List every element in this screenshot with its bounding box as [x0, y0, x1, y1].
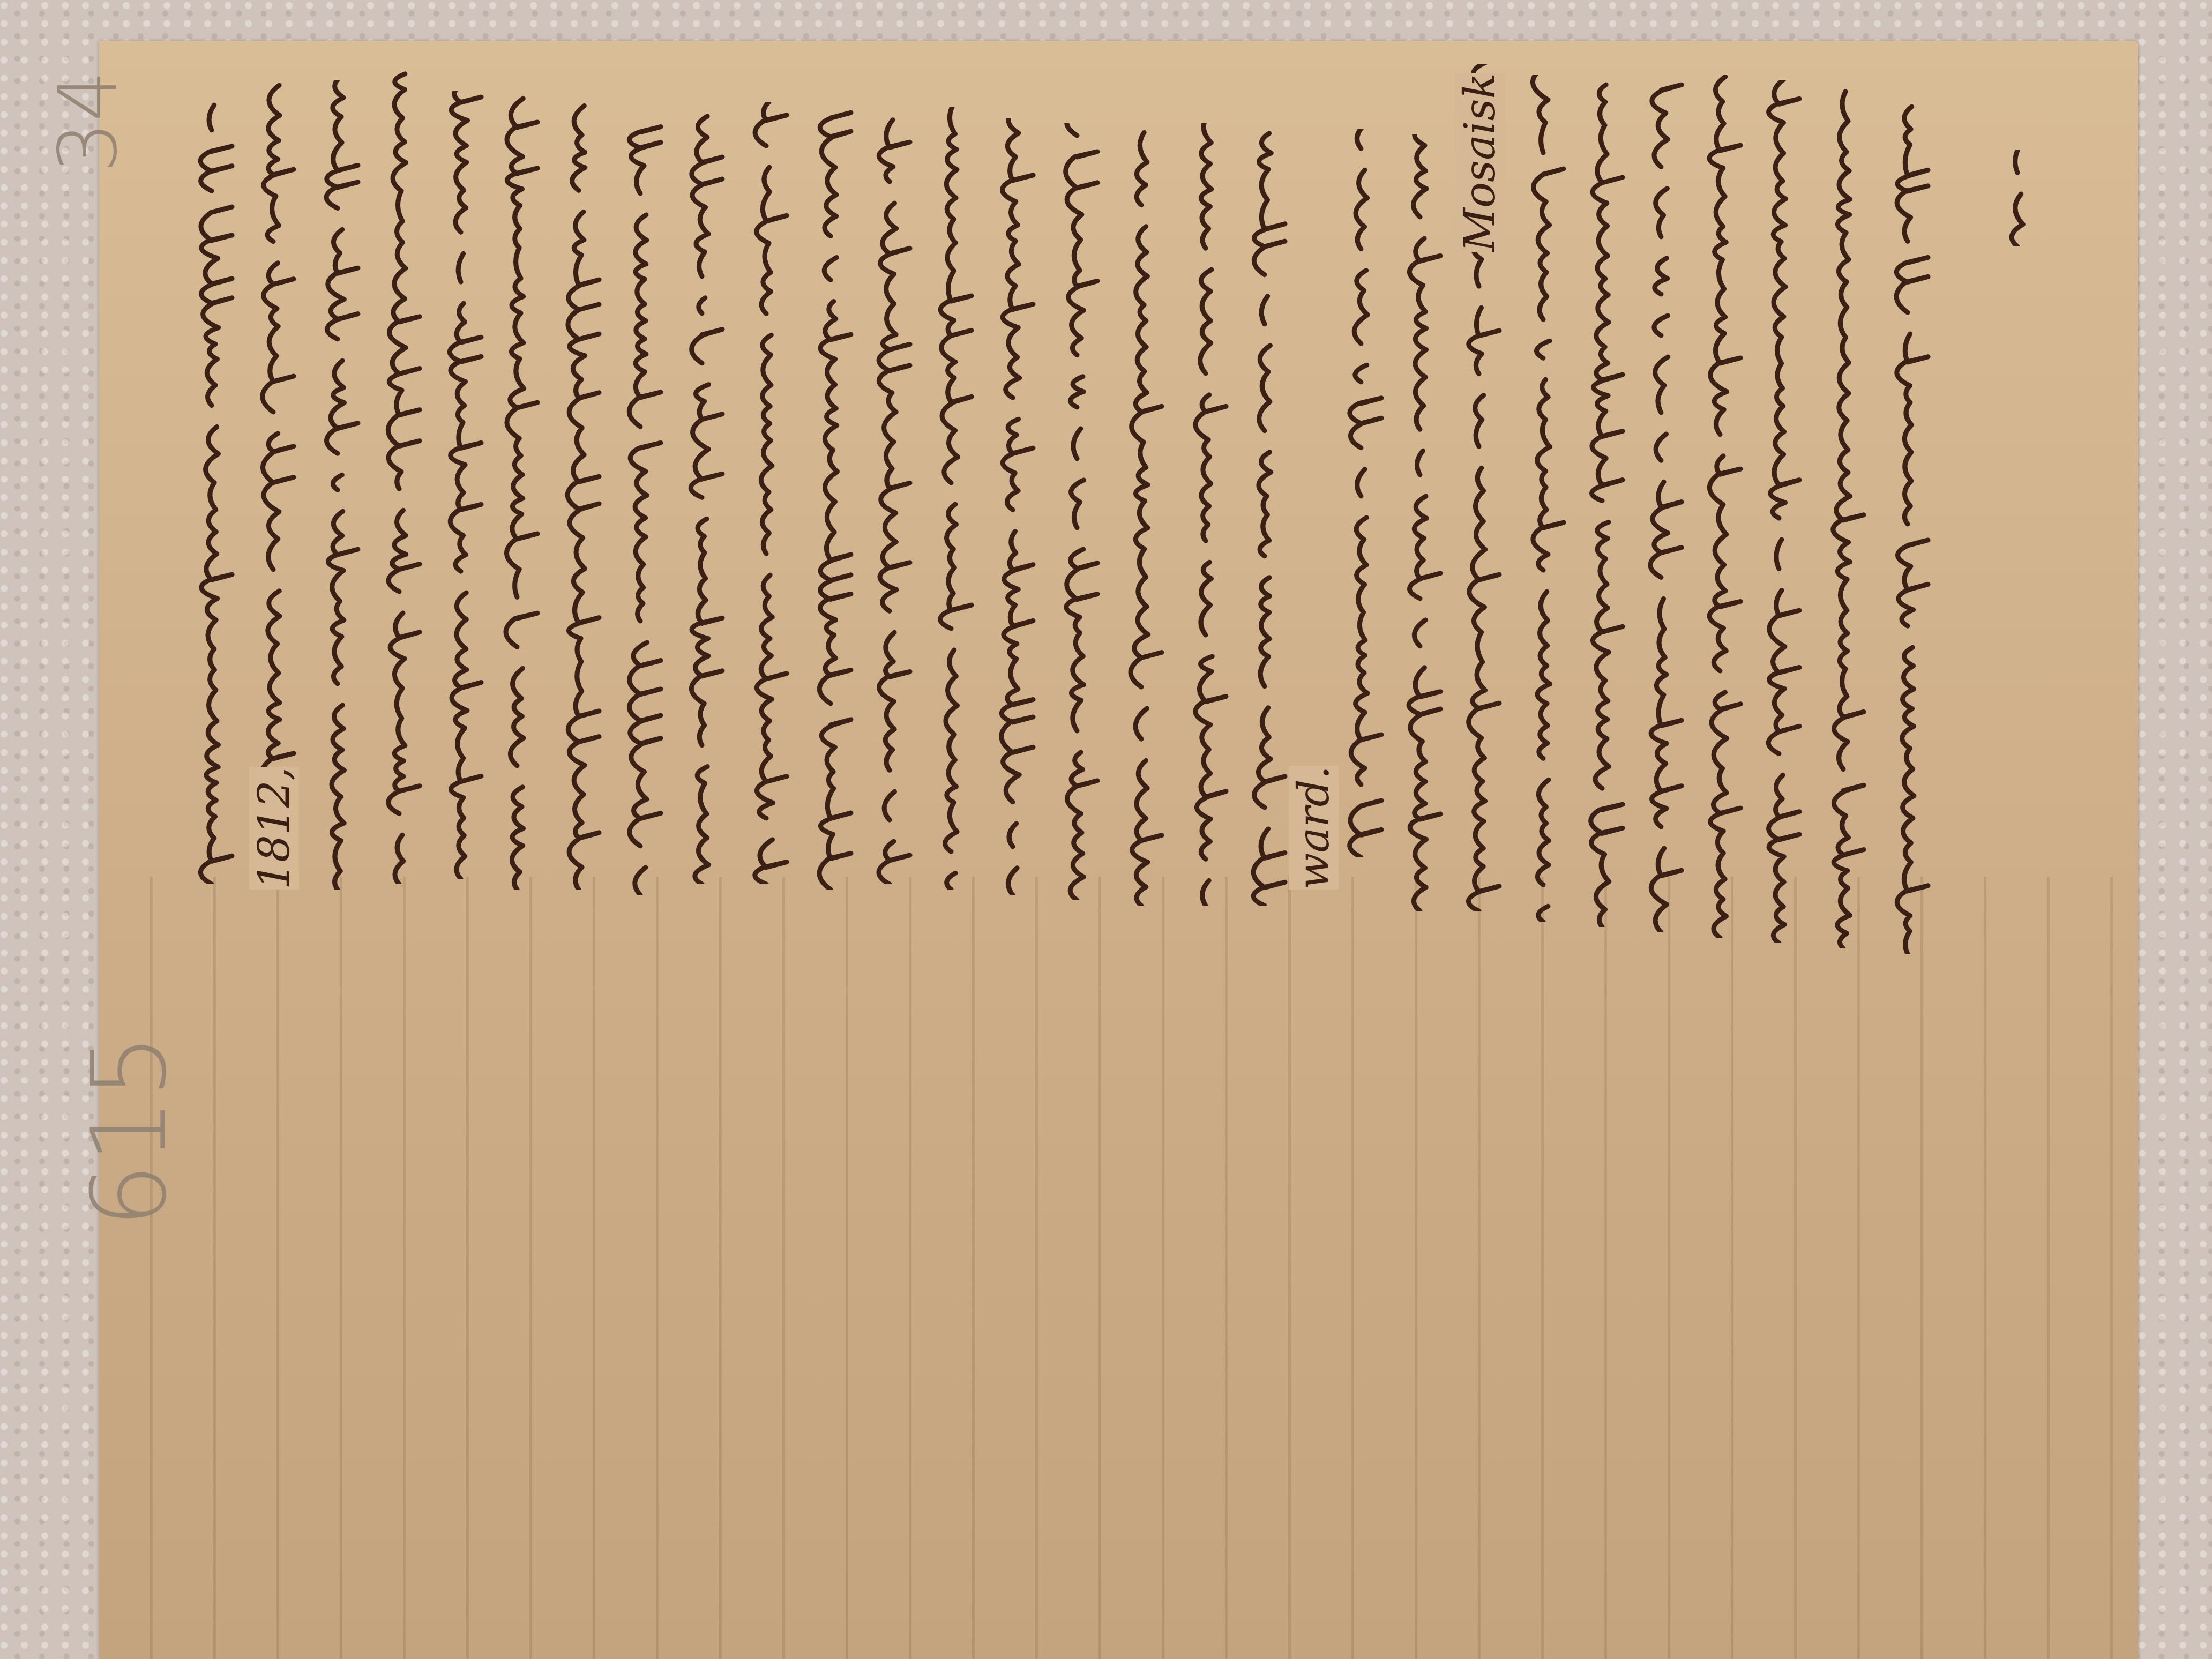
reverse-side-showthrough: [99, 877, 2138, 1659]
handwriting-line: [678, 107, 726, 884]
archive-number: 615: [70, 1034, 189, 1228]
handwriting-line: [989, 118, 1037, 895]
handwriting-line: [1053, 123, 1101, 900]
handwriting-line: [865, 113, 914, 884]
handwriting-line: [1519, 75, 1567, 922]
handwriting-line: [1337, 129, 1385, 857]
legible-word: Mosaisk: [1455, 73, 1505, 252]
handwriting-line: [742, 102, 790, 884]
catchword: [1993, 150, 2042, 246]
handwriting-line: [927, 107, 975, 890]
folio-number: 34: [42, 71, 135, 173]
handwriting-line: [1182, 123, 1230, 906]
legible-word: ward.: [1289, 766, 1339, 890]
handwriting-line: [1396, 134, 1444, 911]
handwriting-line: [806, 107, 855, 890]
legible-word: 1812,: [249, 767, 299, 890]
handwriting-line: [437, 91, 485, 879]
handwriting-line: [555, 96, 603, 890]
handwriting-line: [616, 102, 664, 895]
handwriting-line: [1884, 91, 1932, 954]
handwriting-line: [1819, 86, 1867, 948]
handwriting-line: [1696, 75, 1744, 938]
handwriting-line: [493, 91, 541, 890]
handwriting-line: [375, 70, 423, 884]
handwriting-line: [1240, 129, 1289, 906]
handwriting-line: [188, 80, 236, 884]
handwriting-line: [1755, 80, 1803, 943]
handwriting-line: [1578, 80, 1626, 927]
handwriting-line: [1637, 80, 1685, 932]
handwriting-line: [1117, 129, 1165, 906]
handwriting-line: [249, 80, 297, 884]
handwriting-line: [313, 80, 362, 890]
